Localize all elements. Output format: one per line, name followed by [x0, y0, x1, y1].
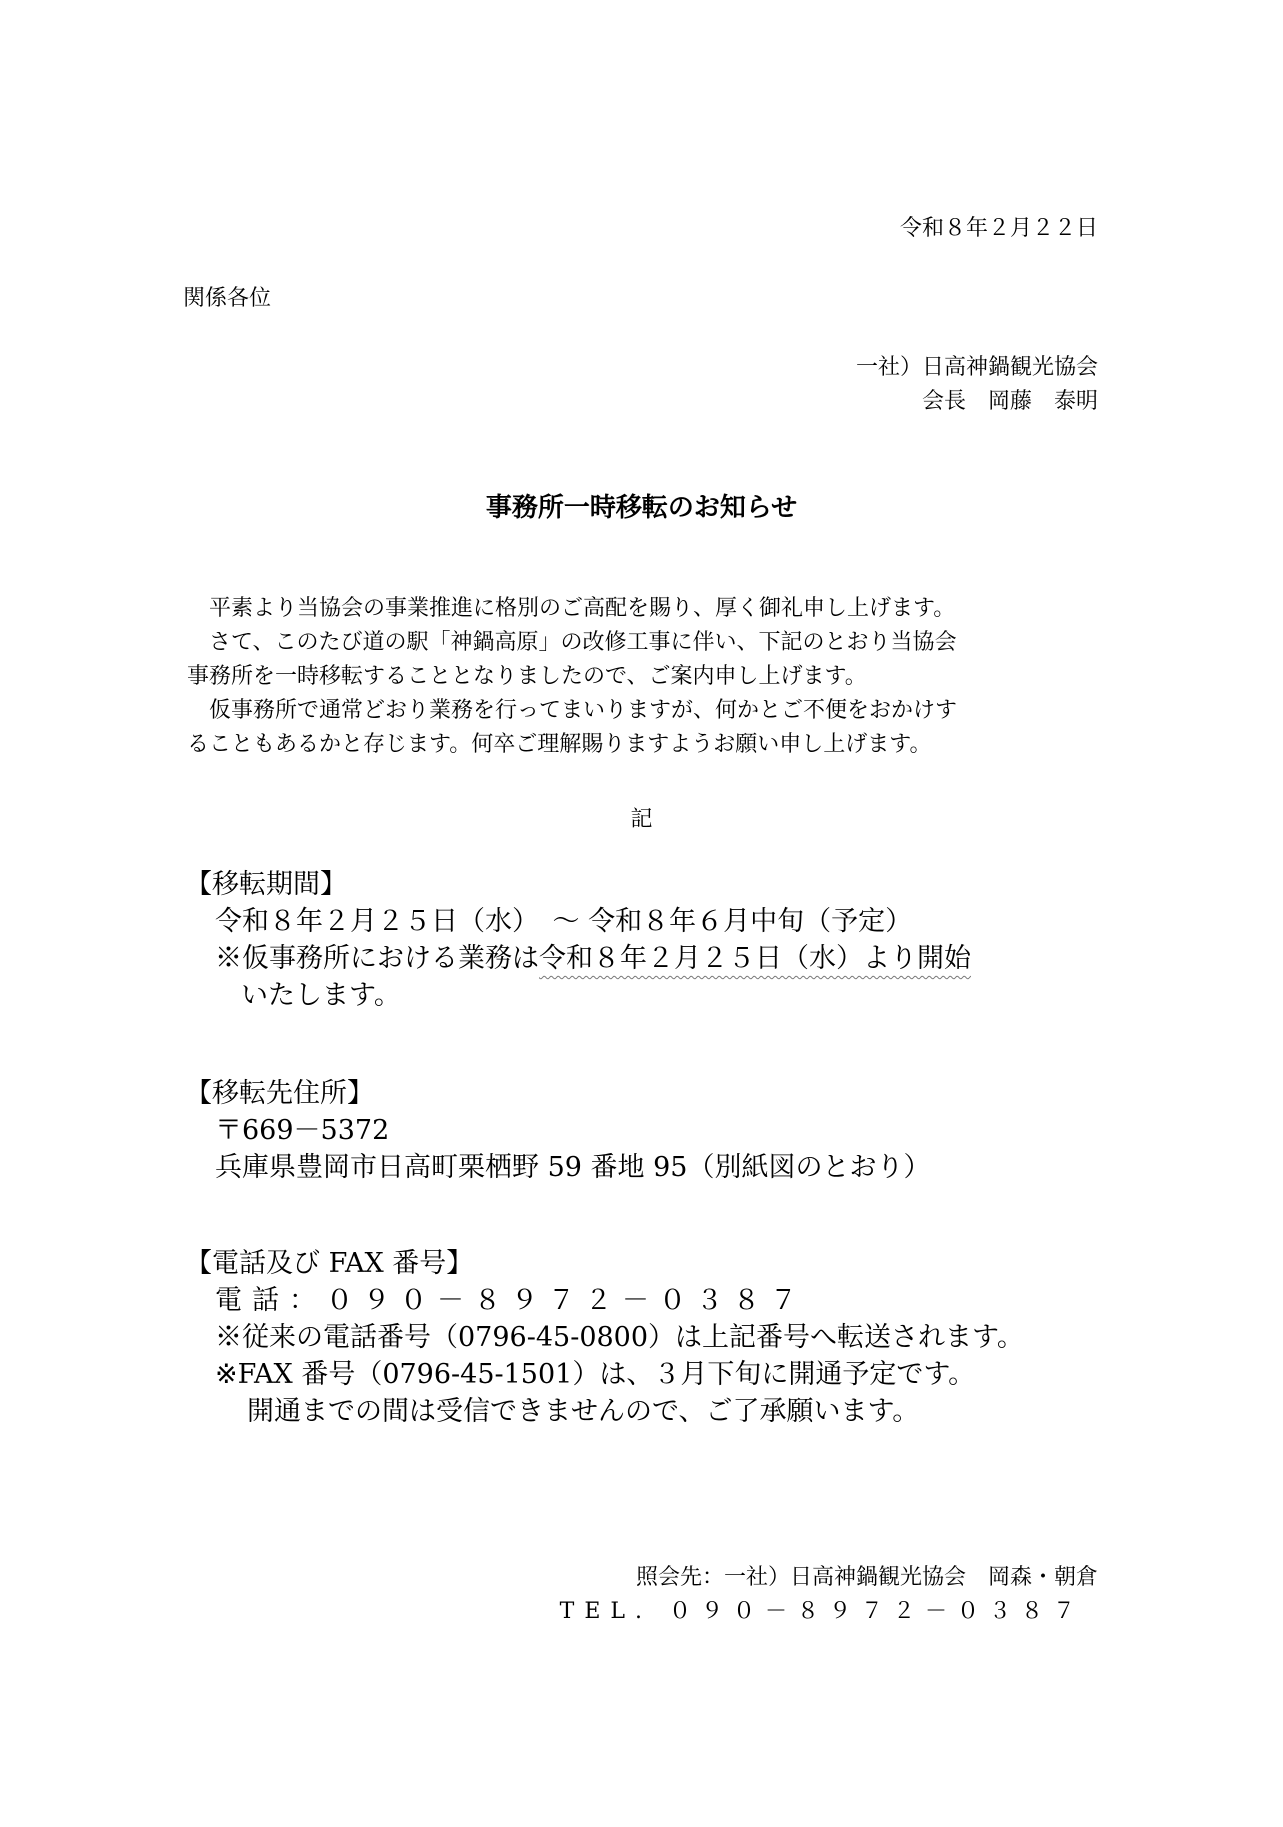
body-line: ることもあるかと存じます。何卒ご理解賜りますようお願い申し上げます。 — [187, 728, 1107, 762]
document-date: 令和８年２月２２日 — [900, 212, 1098, 246]
section-period: 【移転期間】 令和８年２月２５日（水） ～ 令和８年６月中旬（予定） ※仮事務所… — [185, 866, 971, 1014]
period-range: 令和８年２月２５日（水） ～ 令和８年６月中旬（予定） — [185, 903, 971, 940]
body-line: 平素より当協会の事業推進に格別のご高配を賜り、厚く御礼申し上げます。 — [187, 592, 1107, 626]
section-heading-address: 【移転先住所】 — [185, 1075, 930, 1112]
page-title: 事務所一時移転のお知らせ — [0, 487, 1283, 524]
fax-note-continued: 開通までの間は受信できませんので、ご了承願います。 — [185, 1393, 1024, 1430]
ki-marker: 記 — [0, 803, 1283, 837]
section-address: 【移転先住所】 〒669－5372 兵庫県豊岡市日高町栗栖野 59 番地 95（… — [185, 1075, 930, 1186]
contact-info: 照会先：一社）日高神鍋観光協会 岡森・朝倉 — [636, 1561, 1098, 1595]
period-note-prefix: ※仮事務所における業務は — [215, 943, 539, 974]
body-line: さて、このたび道の駅「神鍋高原」の改修工事に伴い、下記のとおり当協会 — [187, 626, 1107, 660]
addressee: 関係各位 — [183, 282, 271, 316]
street-address: 兵庫県豊岡市日高町栗栖野 59 番地 95（別紙図のとおり） — [185, 1149, 930, 1186]
period-note-start-date: 令和８年２月２５日（水）より開始 — [539, 943, 971, 974]
period-note: ※仮事務所における業務は令和８年２月２５日（水）より開始 — [185, 940, 971, 977]
body-text: 平素より当協会の事業推進に格別のご高配を賜り、厚く御礼申し上げます。 さて、この… — [187, 592, 1107, 762]
contact-tel: TEL. ０９０－８９７２－０３８７ — [560, 1595, 1085, 1629]
phone-number: 電話：０９０－８９７２－０３８７ — [185, 1282, 1024, 1319]
sender-organization: 一社）日高神鍋観光協会 — [856, 351, 1098, 385]
section-phone: 【電話及び FAX 番号】 電話：０９０－８９７２－０３８７ ※従来の電話番号（… — [185, 1245, 1024, 1430]
section-heading-phone: 【電話及び FAX 番号】 — [185, 1245, 1024, 1282]
sender-name: 会長 岡藤 泰明 — [922, 385, 1098, 419]
section-heading-period: 【移転期間】 — [185, 866, 971, 903]
body-line: 仮事務所で通常どおり業務を行ってまいりますが、何かとご不便をおかけす — [187, 694, 1107, 728]
postal-code: 〒669－5372 — [185, 1112, 930, 1149]
fax-note: ※FAX 番号（0796-45-1501）は、３月下旬に開通予定です。 — [185, 1356, 1024, 1393]
body-line: 事務所を一時移転することとなりましたので、ご案内申し上げます。 — [187, 660, 1107, 694]
phone-forward-note: ※従来の電話番号（0796-45-0800）は上記番号へ転送されます。 — [185, 1319, 1024, 1356]
period-note-continued: いたします。 — [185, 977, 971, 1014]
